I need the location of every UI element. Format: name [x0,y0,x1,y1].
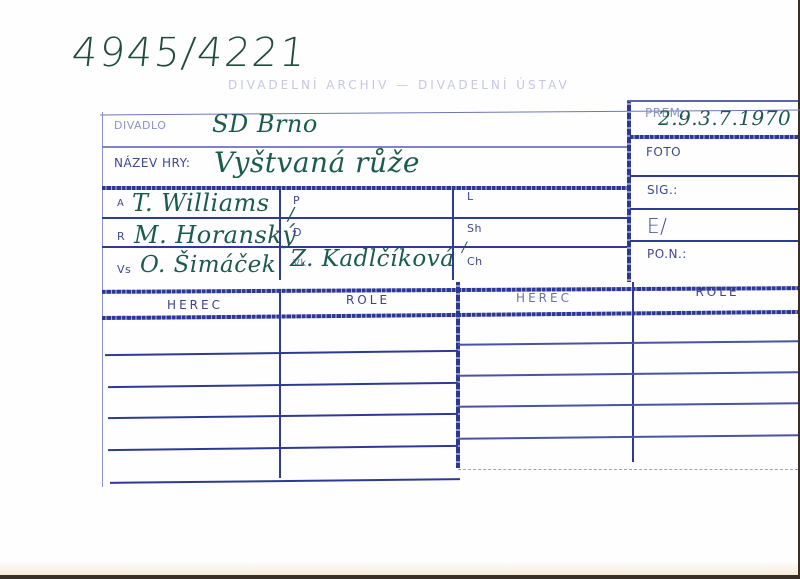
divadlo-label: DIVADLO [114,119,166,132]
cast-row-line-3b [458,402,798,407]
cast-header-role-2: ROLE [635,285,800,299]
stamp-header: DIVADELNÍ ARCHIV — DIVADELNÍ ÚSTAV [228,78,570,92]
credits-row1-line [102,217,627,219]
reziser-value: M. Horanský [134,221,296,249]
cast-row-line-1 [105,350,458,356]
cast-row-line-4 [108,445,458,451]
cast-row-line-4b [458,434,798,439]
archive-card: 4945/4221 DIVADELNÍ ARCHIV — DIVADELNÍ Ú… [0,0,798,575]
cast-header-herec-2: HEREC [458,291,630,305]
d-label: D [293,226,302,239]
foto-label: FOTO [646,145,681,159]
ch-value: / [462,240,467,256]
reziser-label: R [117,230,125,243]
cast-bottom-dotted-line [458,469,798,470]
sig-label: SIG.: [647,183,678,197]
e-label: E/ [647,214,667,238]
nazev-hry-value: Vyštvaná růže [214,146,420,179]
inventory-number: 4945/4221 [70,30,310,76]
foto-bottom-line [630,175,798,177]
cast-header-herec-1: HEREC [110,298,280,312]
po-n-label: PO.N.: [647,247,687,261]
vs-value: O. Šimáček [140,252,276,278]
cast-row-line-2b [458,371,798,376]
premiera-value: 2.9.3.7.1970 [658,106,791,130]
cast-bottom-line [110,478,460,484]
cast-row-line-3 [108,413,458,419]
divadlo-value: SD Brno [212,110,318,138]
l-label: L [467,190,474,203]
vs-label: Vs [117,263,131,276]
autor-value: T. Williams [132,189,270,217]
vk-value: Z. Kadlčíková [290,246,454,272]
prem-top-line [627,100,798,102]
autor-label: A [117,198,124,209]
e-bottom-line [630,240,798,242]
sh-label: Sh [467,222,482,235]
frame-left-line [102,112,103,487]
p-value: / [288,204,295,225]
cast-row-line-1b [458,340,798,345]
sig-bottom-line [630,208,798,210]
ch-label: Ch [467,255,483,268]
prem-bottom-line [630,135,798,139]
cast-header-role-1: ROLE [283,293,453,307]
cast-row-line-2 [108,382,458,388]
nazev-hry-label: NÁZEV HRY: [114,156,190,170]
right-panel-divider [627,100,631,282]
